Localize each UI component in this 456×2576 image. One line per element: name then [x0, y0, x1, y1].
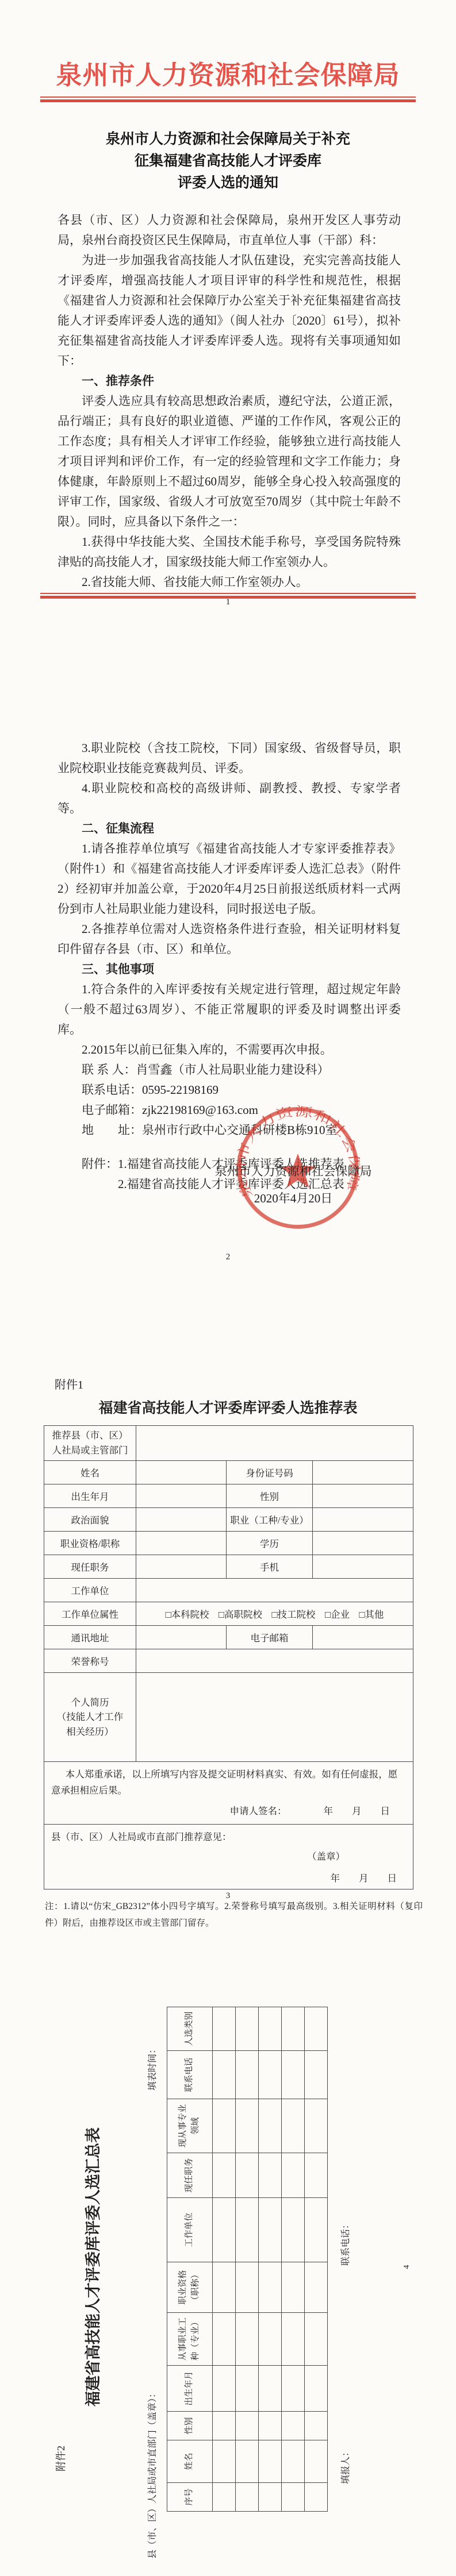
field-birth: 出生年月: [44, 1484, 136, 1508]
page-1: 泉州市人力资源和社会保障局 泉州市人力资源和社会保障局关于补充 征集福建省高技能…: [0, 0, 456, 669]
input-name: [136, 1461, 227, 1484]
field-id-number: 身份证号码: [227, 1461, 313, 1484]
contact-address: 地 址：泉州市行政中心交通科研楼B栋910室: [58, 1120, 401, 1140]
notice-title-line1: 泉州市人力资源和社会保障局关于补充: [0, 129, 456, 151]
field-employer: 工作单位: [44, 1579, 136, 1602]
section1-item1: 1.获得中华技能大奖、全国技术能手称号，享受国务院特殊津贴的高技能人才，国家级技…: [58, 532, 401, 572]
summary-empty-row: [236, 2007, 259, 2512]
agency-masthead: 泉州市人力资源和社会保障局: [23, 60, 433, 91]
opinion-label: 县（市、区）人社局或市直部门推荐意见：: [51, 1829, 406, 1843]
notice-title: 泉州市人力资源和社会保障局关于补充 征集福建省高技能人才评委库 评委人选的通知: [0, 129, 456, 194]
input-qualification: [136, 1532, 227, 1555]
page-3: 附件1 福建省高技能人才评委库评委人选推荐表 推荐县（市、区） 人社局或主管部门…: [0, 1316, 456, 1913]
page-number-4: 4: [403, 2022, 412, 2512]
signature-block: 泉州市人力资源和社会保障局 2020年4月20日: [204, 1163, 382, 1208]
input-address: [136, 1626, 227, 1649]
col-trade: 从事职业工种（专业）: [167, 2313, 213, 2366]
input-occupation: [313, 1508, 413, 1532]
col-field: 现从事专业领域: [167, 2099, 213, 2153]
commitment-cell: 本人郑重承诺，以上所填写内容及提交证明材料真实、有效。如有任何虚报，愿意承担相应…: [44, 1762, 413, 1825]
summary-header-row: 序号 姓名 性别 出生年月 从事职业工种（专业） 职业资格（职称） 工作单位 现…: [167, 2007, 213, 2512]
section1-heading: 一、推荐条件: [58, 371, 401, 391]
recommendation-form-table: 推荐县（市、区） 人社局或主管部门 姓名 身份证号码 出生年月 性别 政治面貌 …: [44, 1425, 413, 1889]
field-email: 电子邮箱: [227, 1626, 313, 1649]
field-employer-type: 工作单位属性: [44, 1602, 136, 1626]
applicant-sign-row: 申请人签名： 年 月 日: [51, 1803, 406, 1817]
notice-title-line3: 评委人选的通知: [0, 172, 456, 194]
col-phone: 联系电话: [167, 2051, 213, 2099]
attachment1-header: 附件1 福建省高技能人才评委库评委人选推荐表: [0, 1316, 456, 1417]
col-birth: 出生年月: [167, 2366, 213, 2412]
page-number-2: 2: [0, 1252, 456, 1262]
section2-item2: 2.各推荐单位需对人选资格条件进行查验，相关证明材料复印件留存各县（市、区）和单…: [58, 919, 401, 959]
landscape-page: 附件2 福建省高技能人才评委库评委人选汇总表 县（市、区）人社局或市直部门（盖章…: [0, 1913, 456, 2576]
attachment2-label: 附件2: [53, 2446, 68, 2471]
input-honor: [136, 1649, 413, 1673]
attachment1-label: 附件1: [55, 1375, 456, 1392]
field-address: 通讯地址: [44, 1626, 136, 1649]
field-politics: 政治面貌: [44, 1508, 136, 1532]
input-id-number: [313, 1461, 413, 1484]
applicant-sign-label: 申请人签名：: [230, 1803, 287, 1817]
input-position: [136, 1555, 227, 1579]
section1-item3: 3.职业院校（含技工院校，下同）国家级、省级督导员，职业院校职业技能竞赛裁判员、…: [58, 738, 401, 778]
input-mobile: [313, 1555, 413, 1579]
summary-empty-row: [259, 2007, 282, 2512]
notice-body-page1: 各县（市、区）人力资源和社会保障局，泉州开发区人事劳动局，泉州台商投资区民生保障…: [58, 210, 401, 592]
page-2: 3.职业院校（含技工院校，下同）国家级、省级督导员，职业院校职业技能竞赛裁判员、…: [0, 669, 456, 1316]
salutation: 各县（市、区）人力资源和社会保障局，泉州开发区人事劳动局，泉州台商投资区民生保障…: [58, 210, 401, 250]
red-rule-thin: [40, 97, 416, 98]
field-gender: 性别: [227, 1484, 313, 1508]
input-gender: [313, 1484, 413, 1508]
field-honor: 荣誉称号: [44, 1649, 136, 1673]
commitment-text: 本人郑重承诺，以上所填写内容及提交证明材料真实、有效。如有任何虚报，愿意承担相应…: [51, 1767, 406, 1799]
seal-hint: （盖章）: [307, 1849, 345, 1862]
col-position: 现任职务: [167, 2153, 213, 2198]
fill-date-label: 填表时间：: [145, 2045, 158, 2091]
red-rule-thick: [40, 99, 416, 102]
page-4: 附件2 福建省高技能人才评委库评委人选汇总表 县（市、区）人社局或市直部门（盖章…: [0, 1913, 456, 2576]
scanned-document: 泉州市人力资源和社会保障局 泉州市人力资源和社会保障局关于补充 征集福建省高技能…: [0, 0, 456, 2576]
field-occupation: 职业（工种/专业）: [227, 1508, 313, 1532]
employer-type-options: □本科院校 □高职院校 □技工院校 □企业 □其他: [136, 1602, 413, 1626]
section3-heading: 三、其他事项: [58, 959, 401, 980]
field-name: 姓名: [44, 1461, 136, 1484]
page-number-1: 1: [0, 597, 456, 607]
contact-email: 电子邮箱：zjk22198169@163.com: [58, 1100, 401, 1120]
col-name: 姓名: [167, 2440, 213, 2483]
summary-empty-row: [305, 2007, 328, 2512]
field-qualification: 职业资格/职称: [44, 1532, 136, 1555]
opinion-date: 年 月 日: [331, 1871, 397, 1884]
signer-agency: 泉州市人力资源和社会保障局: [204, 1163, 382, 1180]
section1-item2: 2.省技能大师、省技能大师工作室领办人。: [58, 572, 401, 592]
intro-paragraph: 为进一步加强我省高技能人才队伍建设，充实完善高技能人才评委库，增强高技能人才项目…: [58, 250, 401, 371]
section2-heading: 二、征集流程: [58, 819, 401, 839]
summary-table: 序号 姓名 性别 出生年月 从事职业工种（专业） 职业资格（职称） 工作单位 现…: [167, 2007, 328, 2512]
red-rule-thin: [40, 593, 416, 594]
input-birth: [136, 1484, 227, 1508]
input-politics: [136, 1508, 227, 1532]
col-qualification: 职业资格（职称）: [167, 2262, 213, 2313]
col-gender: 性别: [167, 2412, 213, 2440]
col-index: 序号: [167, 2483, 213, 2512]
input-recommender: [136, 1426, 413, 1461]
section3-item1: 1.符合条件的入库评委按有关规定进行管理，超过规定年龄（一般不超过63周岁）、不…: [58, 980, 401, 1040]
col-employer: 工作单位: [167, 2198, 213, 2262]
col-category: 人选类别: [167, 2007, 213, 2051]
attachments-label: 附件：: [82, 1157, 118, 1171]
section1-body: 评委人选应具有较高思想政治素质，遵纪守法，公道正派，品行端正；具有良好的职业道德…: [58, 391, 401, 532]
field-recommender: 推荐县（市、区） 人社局或主管部门: [44, 1426, 136, 1461]
field-education: 学历: [227, 1532, 313, 1555]
notice-title-line2: 征集福建省高技能人才评委库: [0, 151, 456, 172]
summary-empty-row: [282, 2007, 305, 2512]
org-stamp-label: 县（市、区）人社局或市直部门（盖章）：: [145, 2389, 158, 2559]
field-position: 现任职务: [44, 1555, 136, 1579]
section1-item4: 4.职业院校和高校的高级讲师、副教授、教授、专家学者等。: [58, 778, 401, 819]
summary-empty-row: [213, 2007, 236, 2512]
input-resume: [136, 1673, 413, 1762]
field-resume: 个人简历 （技能人才工作 相关经历）: [44, 1673, 136, 1762]
input-email: [313, 1626, 413, 1649]
opinion-cell: 县（市、区）人社局或市直部门推荐意见： （盖章） 年 月 日: [44, 1825, 413, 1889]
applicant-sign-date: 年 月 日: [324, 1803, 390, 1817]
attachment1-title: 福建省高技能人才评委库评委人选推荐表: [0, 1397, 456, 1417]
contact-phone: 联系电话：0595-22198169: [58, 1080, 401, 1100]
attachment2-title: 福建省高技能人才评委库评委人选汇总表: [81, 2022, 103, 2512]
section2-item1: 1.请各推荐单位填写《福建省高技能人才专家评委推荐表》（附件1）和《福建省高技能…: [58, 839, 401, 919]
contact-phone-label: 联系电话：: [338, 2220, 351, 2266]
input-education: [313, 1532, 413, 1555]
page-number-3: 3: [0, 1891, 456, 1901]
input-employer: [136, 1579, 413, 1602]
filler-label: 填报人：: [338, 2447, 351, 2484]
contact-person: 联 系 人：肖雪鑫（市人社局职业能力建设科）: [58, 1060, 401, 1080]
section3-item2: 2.2015年以前已征集入库的，不需要再次申报。: [58, 1040, 401, 1060]
red-divider-top: [0, 97, 456, 102]
notice-body-page2: 3.职业院校（含技工院校，下同）国家级、省级督导员，职业院校职业技能竞赛裁判员、…: [58, 669, 401, 1194]
field-mobile: 手机: [227, 1555, 313, 1579]
sign-date: 2020年4月20日: [204, 1190, 382, 1207]
